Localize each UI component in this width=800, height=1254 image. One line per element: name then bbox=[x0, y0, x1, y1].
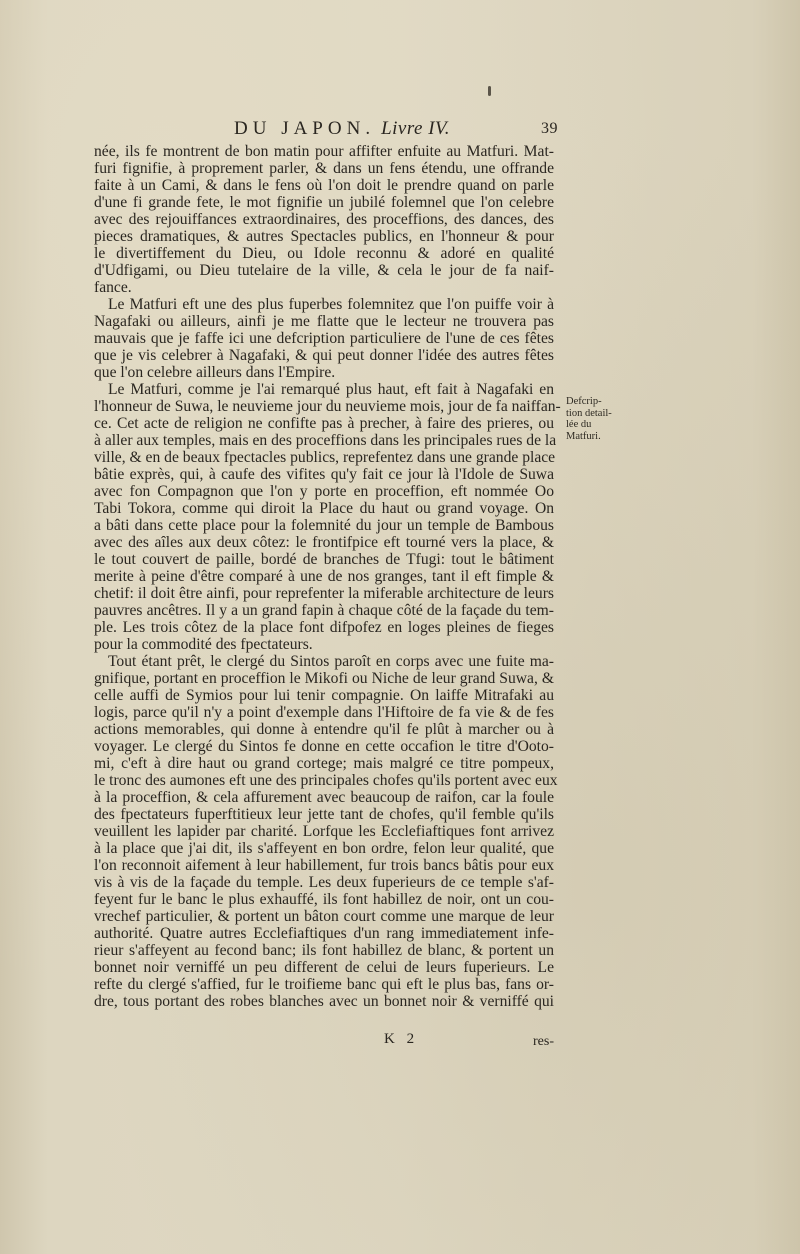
running-head-title: DU JAPON.Livre IV. bbox=[234, 118, 450, 140]
text-line: a bâti dans cette place pour la folemnit… bbox=[94, 517, 554, 534]
text-line: l'honneur de Suwa, le neuvieme jour du n… bbox=[94, 398, 554, 415]
text-line: à la proceffion, & cela affurement avec … bbox=[94, 789, 554, 806]
marginal-note: Defcrip-tion detail-lée duMatfuri. bbox=[566, 396, 626, 442]
text-line: que l'on celebre ailleurs dans l'Empire. bbox=[94, 364, 554, 381]
text-line: pieces dramatiques, & autres Spectacles … bbox=[94, 228, 554, 245]
text-line: le tronc des aumones eft une des princip… bbox=[94, 772, 554, 789]
text-line: dre, tous portant des robes blanches ave… bbox=[94, 993, 554, 1010]
text-line: avec des rejouiffances extraordinaires, … bbox=[94, 211, 554, 228]
text-line: fance. bbox=[94, 279, 554, 296]
text-line: refte du clergé s'affied, fur le troifie… bbox=[94, 976, 554, 993]
text-line: feyent fur le banc le plus exhauffé, ils… bbox=[94, 891, 554, 908]
text-line: des fpectateurs fuperftitieux leur jette… bbox=[94, 806, 554, 823]
marginal-note-line: Defcrip- bbox=[566, 396, 626, 408]
text-line: à aller aux temples, mais en des proceff… bbox=[94, 432, 554, 449]
text-line: pour la commodité des fpectateurs. bbox=[94, 636, 554, 653]
text-line: celle auffi de Symios pour lui tenir com… bbox=[94, 687, 554, 704]
text-line: Tabi Tokora, comme qui diroit la Place d… bbox=[94, 500, 554, 517]
text-line: logis, parce qu'il n'y a point d'exemple… bbox=[94, 704, 554, 721]
text-line: merite à peine d'être comparé à une de n… bbox=[94, 568, 554, 585]
text-line: l'on reconnoit aifement à leur habilleme… bbox=[94, 857, 554, 874]
text-line: vis à vis de la façade du temple. Les de… bbox=[94, 874, 554, 891]
text-line: mi, c'eft à dire haut ou grand cortege; … bbox=[94, 755, 554, 772]
running-head: DU JAPON.Livre IV. 39 bbox=[152, 116, 558, 142]
text-line: le tout couvert de paille, bordé de bran… bbox=[94, 551, 554, 568]
text-line: authorité. Quatre autres Ecclefiaftiques… bbox=[94, 925, 554, 942]
paragraph: Le Matfuri eft une des plus fuperbes fol… bbox=[94, 296, 554, 381]
text-line: ville, & en de beaux fpectacles publics,… bbox=[94, 449, 554, 466]
text-line: mauvais que je faffe ici une defcription… bbox=[94, 330, 554, 347]
catchword: res- bbox=[533, 1034, 554, 1050]
text-line: actions memorables, qui donne à entendre… bbox=[94, 721, 554, 738]
text-line: Le Matfuri, comme je l'ai remarqué plus … bbox=[94, 381, 554, 398]
text-line: voyager. Le clergé du Sintos fe donne en… bbox=[94, 738, 554, 755]
text-line: Le Matfuri eft une des plus fuperbes fol… bbox=[94, 296, 554, 313]
text-line: bonnet noir verniffé un peu different de… bbox=[94, 959, 554, 976]
book-title: DU JAPON. bbox=[234, 118, 375, 139]
text-line: furi fignifie, à proprement parler, & da… bbox=[94, 160, 554, 177]
text-line: Nagafaki ou ailleurs, ainfi je me flatte… bbox=[94, 313, 554, 330]
text-line: veuillent les lapider par charité. Lorfq… bbox=[94, 823, 554, 840]
text-line: chetif: il doit être ainfi, pour reprefe… bbox=[94, 585, 554, 602]
page-number: 39 bbox=[541, 120, 558, 138]
signature-mark: K 2 bbox=[384, 1031, 418, 1048]
marginal-note-line: Matfuri. bbox=[566, 431, 626, 443]
text-line: née, ils fe montrent de bon matin pour a… bbox=[94, 143, 554, 160]
paragraph: Tout étant prêt, le clergé du Sintos par… bbox=[94, 653, 554, 1010]
text-line: ce. Cet acte de religion ne confifte pas… bbox=[94, 415, 554, 432]
text-line: à la place que j'ai dit, ils s'affeyent … bbox=[94, 840, 554, 857]
text-line: rieur s'affeyent au fecond banc; ils fon… bbox=[94, 942, 554, 959]
text-line: que je vis celebrer à Nagafaki, & qui pe… bbox=[94, 347, 554, 364]
text-line: avec fon Compagnon que l'on y porte en p… bbox=[94, 483, 554, 500]
book-page: DU JAPON.Livre IV. 39 née, ils fe montre… bbox=[0, 0, 800, 1254]
paragraph: Le Matfuri, comme je l'ai remarqué plus … bbox=[94, 381, 554, 653]
marginal-note-line: lée du bbox=[566, 419, 626, 431]
text-line: Tout étant prêt, le clergé du Sintos par… bbox=[94, 653, 554, 670]
paragraph: née, ils fe montrent de bon matin pour a… bbox=[94, 143, 554, 296]
ink-speck bbox=[488, 86, 491, 96]
text-line: d'Udfigami, ou Dieu tutelaire de la vill… bbox=[94, 262, 554, 279]
text-line: pauvres ancêtres. Il y a un grand fapin … bbox=[94, 602, 554, 619]
text-line: bâtie exprès, qui, à caufe des vifites q… bbox=[94, 466, 554, 483]
body-text: née, ils fe montrent de bon matin pour a… bbox=[94, 143, 554, 1010]
text-line: le divertiffement du Dieu, ou Idole reco… bbox=[94, 245, 554, 262]
text-line: d'une fi grande fete, le mot fignifie un… bbox=[94, 194, 554, 211]
text-line: gnifique, portant en proceffion le Mikof… bbox=[94, 670, 554, 687]
marginal-note-line: tion detail- bbox=[566, 408, 626, 420]
text-line: avec des aîles aux deux côtez: le fronti… bbox=[94, 534, 554, 551]
book-number: Livre IV. bbox=[381, 118, 450, 139]
text-line: vrechef particulier, & portent un bâton … bbox=[94, 908, 554, 925]
text-line: faite à un Cami, & dans le fens où l'on … bbox=[94, 177, 554, 194]
text-line: ple. Les trois côtez de la place font di… bbox=[94, 619, 554, 636]
